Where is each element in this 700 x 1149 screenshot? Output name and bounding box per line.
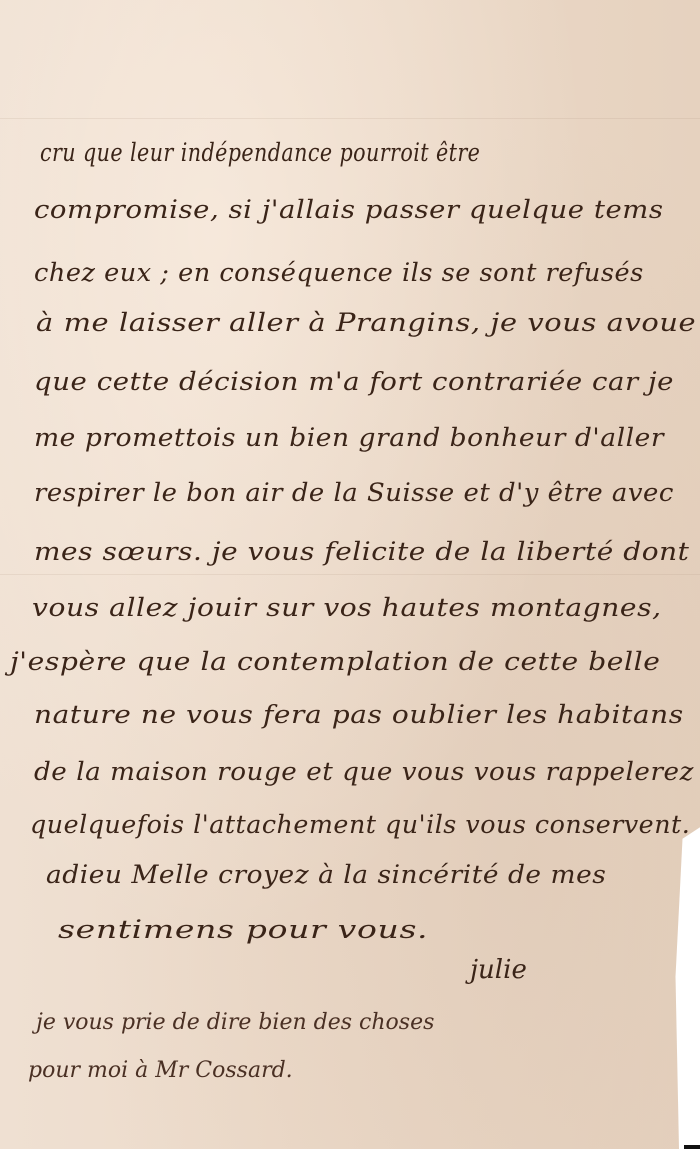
postscript-line-2: pour moi à Mr Cossard. <box>28 1058 293 1083</box>
paper-fold <box>0 118 700 119</box>
letter-line-9: vous allez jouir sur vos hautes montagne… <box>32 593 662 622</box>
signature: julie <box>470 955 527 985</box>
letter-line-15: sentimens pour vous. <box>58 915 428 944</box>
scan-corner-mark <box>684 1145 700 1149</box>
letter-line-5: que cette décision m'a fort contrariée c… <box>34 367 674 396</box>
letter-line-10: j'espère que la contemplation de cette b… <box>10 647 660 676</box>
letter-line-8: mes sœurs. je vous felicite de la libert… <box>34 537 689 566</box>
paper-fold <box>0 574 700 575</box>
letter-page: cru que leur indépendance pourroit être … <box>0 0 700 1149</box>
letter-line-11: nature ne vous fera pas oublier les habi… <box>34 700 684 729</box>
letter-line-1: cru que leur indépendance pourroit être <box>40 138 480 167</box>
letter-line-3: chez eux ; en conséquence ils se sont re… <box>34 258 644 287</box>
letter-line-6: me promettois un bien grand bonheur d'al… <box>34 423 664 452</box>
letter-line-12: de la maison rouge et que vous vous rapp… <box>34 757 694 786</box>
letter-line-14: adieu Melle croyez à la sincérité de mes <box>46 860 606 889</box>
letter-line-4: à me laisser aller à Prangins, je vous a… <box>36 308 696 337</box>
letter-line-13: quelquefois l'attachement qu'ils vous co… <box>30 810 690 839</box>
postscript-line-1: je vous prie de dire bien des choses <box>36 1010 434 1035</box>
letter-line-7: respirer le bon air de la Suisse et d'y … <box>34 478 674 507</box>
letter-line-2: compromise, si j'allais passer quelque t… <box>34 195 664 224</box>
